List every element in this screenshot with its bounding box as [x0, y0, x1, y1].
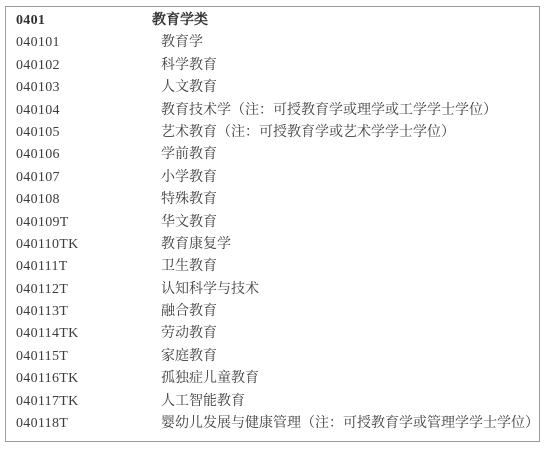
major-name: 孤独症儿童教育 [152, 368, 259, 390]
table-row: 040108 特殊教育 [6, 189, 539, 211]
table-row: 040101 教育学 [6, 32, 539, 54]
table-row: 040115T 家庭教育 [6, 346, 539, 368]
major-code: 040118T [6, 413, 152, 435]
major-code-table: 0401 教育学类 040101 教育学 040102 科学教育 040103 … [5, 6, 540, 442]
table-row: 040102 科学教育 [6, 55, 539, 77]
major-name: 卫生教育 [152, 256, 217, 278]
table-row: 040107 小学教育 [6, 167, 539, 189]
major-code: 040101 [6, 32, 152, 54]
major-code: 040109T [6, 212, 152, 234]
major-name: 教育学 [152, 32, 203, 54]
major-name: 小学教育 [152, 167, 217, 189]
table-row: 040117TK 人工智能教育 [6, 391, 539, 413]
major-name: 华文教育 [152, 212, 217, 234]
major-name: 教育康复学 [152, 234, 231, 256]
major-name: 学前教育 [152, 144, 217, 166]
table-row: 040103 人文教育 [6, 77, 539, 99]
major-name: 认知科学与技术 [152, 279, 259, 301]
category-name: 教育学类 [152, 10, 208, 32]
major-code: 040111T [6, 256, 152, 278]
table-row: 040116TK 孤独症儿童教育 [6, 368, 539, 390]
major-code: 040108 [6, 189, 152, 211]
major-name: 特殊教育 [152, 189, 217, 211]
table-row: 040114TK 劳动教育 [6, 323, 539, 345]
major-name: 教育技术学（注：可授教育学或理学或工学学士学位） [152, 100, 497, 122]
major-code: 040102 [6, 55, 152, 77]
major-name: 家庭教育 [152, 346, 217, 368]
major-name: 人文教育 [152, 77, 217, 99]
table-row: 040104 教育技术学（注：可授教育学或理学或工学学士学位） [6, 100, 539, 122]
table-row: 040109T 华文教育 [6, 212, 539, 234]
major-name: 艺术教育（注：可授教育学或艺术学学士学位） [152, 122, 455, 144]
major-code: 040106 [6, 144, 152, 166]
major-name: 婴幼儿发展与健康管理（注：可授教育学或管理学学士学位） [152, 413, 539, 435]
major-name: 融合教育 [152, 301, 217, 323]
major-name: 劳动教育 [152, 323, 217, 345]
table-row: 040111T 卫生教育 [6, 256, 539, 278]
major-code: 040105 [6, 122, 152, 144]
major-code: 040117TK [6, 391, 152, 413]
table-row: 040118T 婴幼儿发展与健康管理（注：可授教育学或管理学学士学位） [6, 413, 539, 435]
major-code: 040113T [6, 301, 152, 323]
major-code: 040112T [6, 279, 152, 301]
major-code: 040110TK [6, 234, 152, 256]
major-name: 人工智能教育 [152, 391, 245, 413]
major-code: 040116TK [6, 368, 152, 390]
major-code: 040114TK [6, 323, 152, 345]
category-code: 0401 [6, 10, 152, 32]
table-row: 040112T 认知科学与技术 [6, 279, 539, 301]
table-row: 040113T 融合教育 [6, 301, 539, 323]
major-name: 科学教育 [152, 55, 217, 77]
table-row-category: 0401 教育学类 [6, 10, 539, 32]
major-code: 040107 [6, 167, 152, 189]
table-row: 040110TK 教育康复学 [6, 234, 539, 256]
document-page: 0401 教育学类 040101 教育学 040102 科学教育 040103 … [0, 0, 545, 450]
table-row: 040106 学前教育 [6, 144, 539, 166]
major-code: 040115T [6, 346, 152, 368]
table-row: 040105 艺术教育（注：可授教育学或艺术学学士学位） [6, 122, 539, 144]
major-code: 040103 [6, 77, 152, 99]
major-code: 040104 [6, 100, 152, 122]
